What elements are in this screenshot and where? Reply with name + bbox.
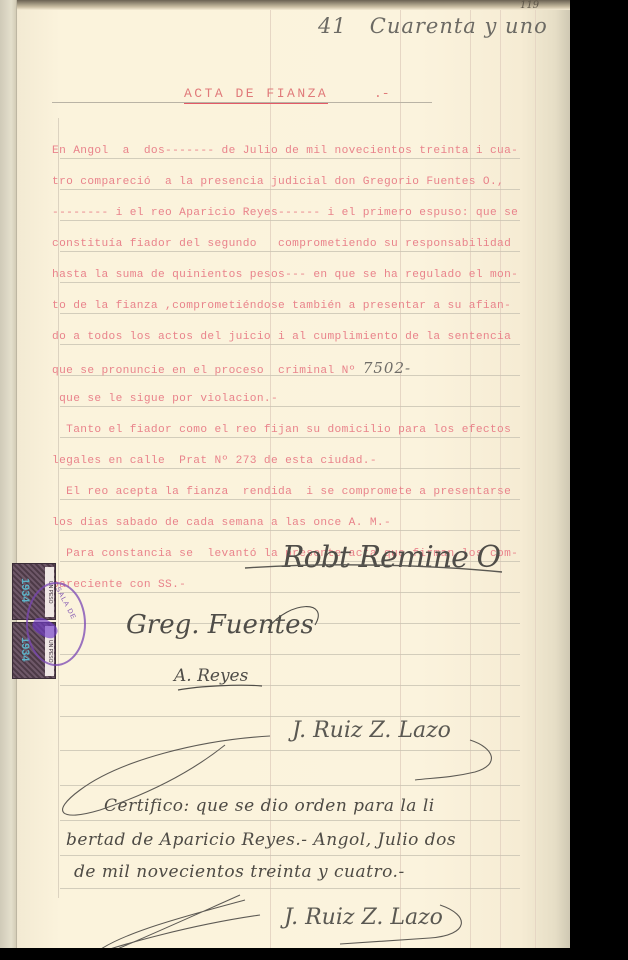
signature-flourishes	[0, 0, 570, 948]
stamp-digits: 1934	[19, 578, 31, 602]
document-page: 119 41 Cuarenta y uno ACTA DE FIANZA .- …	[0, 0, 570, 948]
